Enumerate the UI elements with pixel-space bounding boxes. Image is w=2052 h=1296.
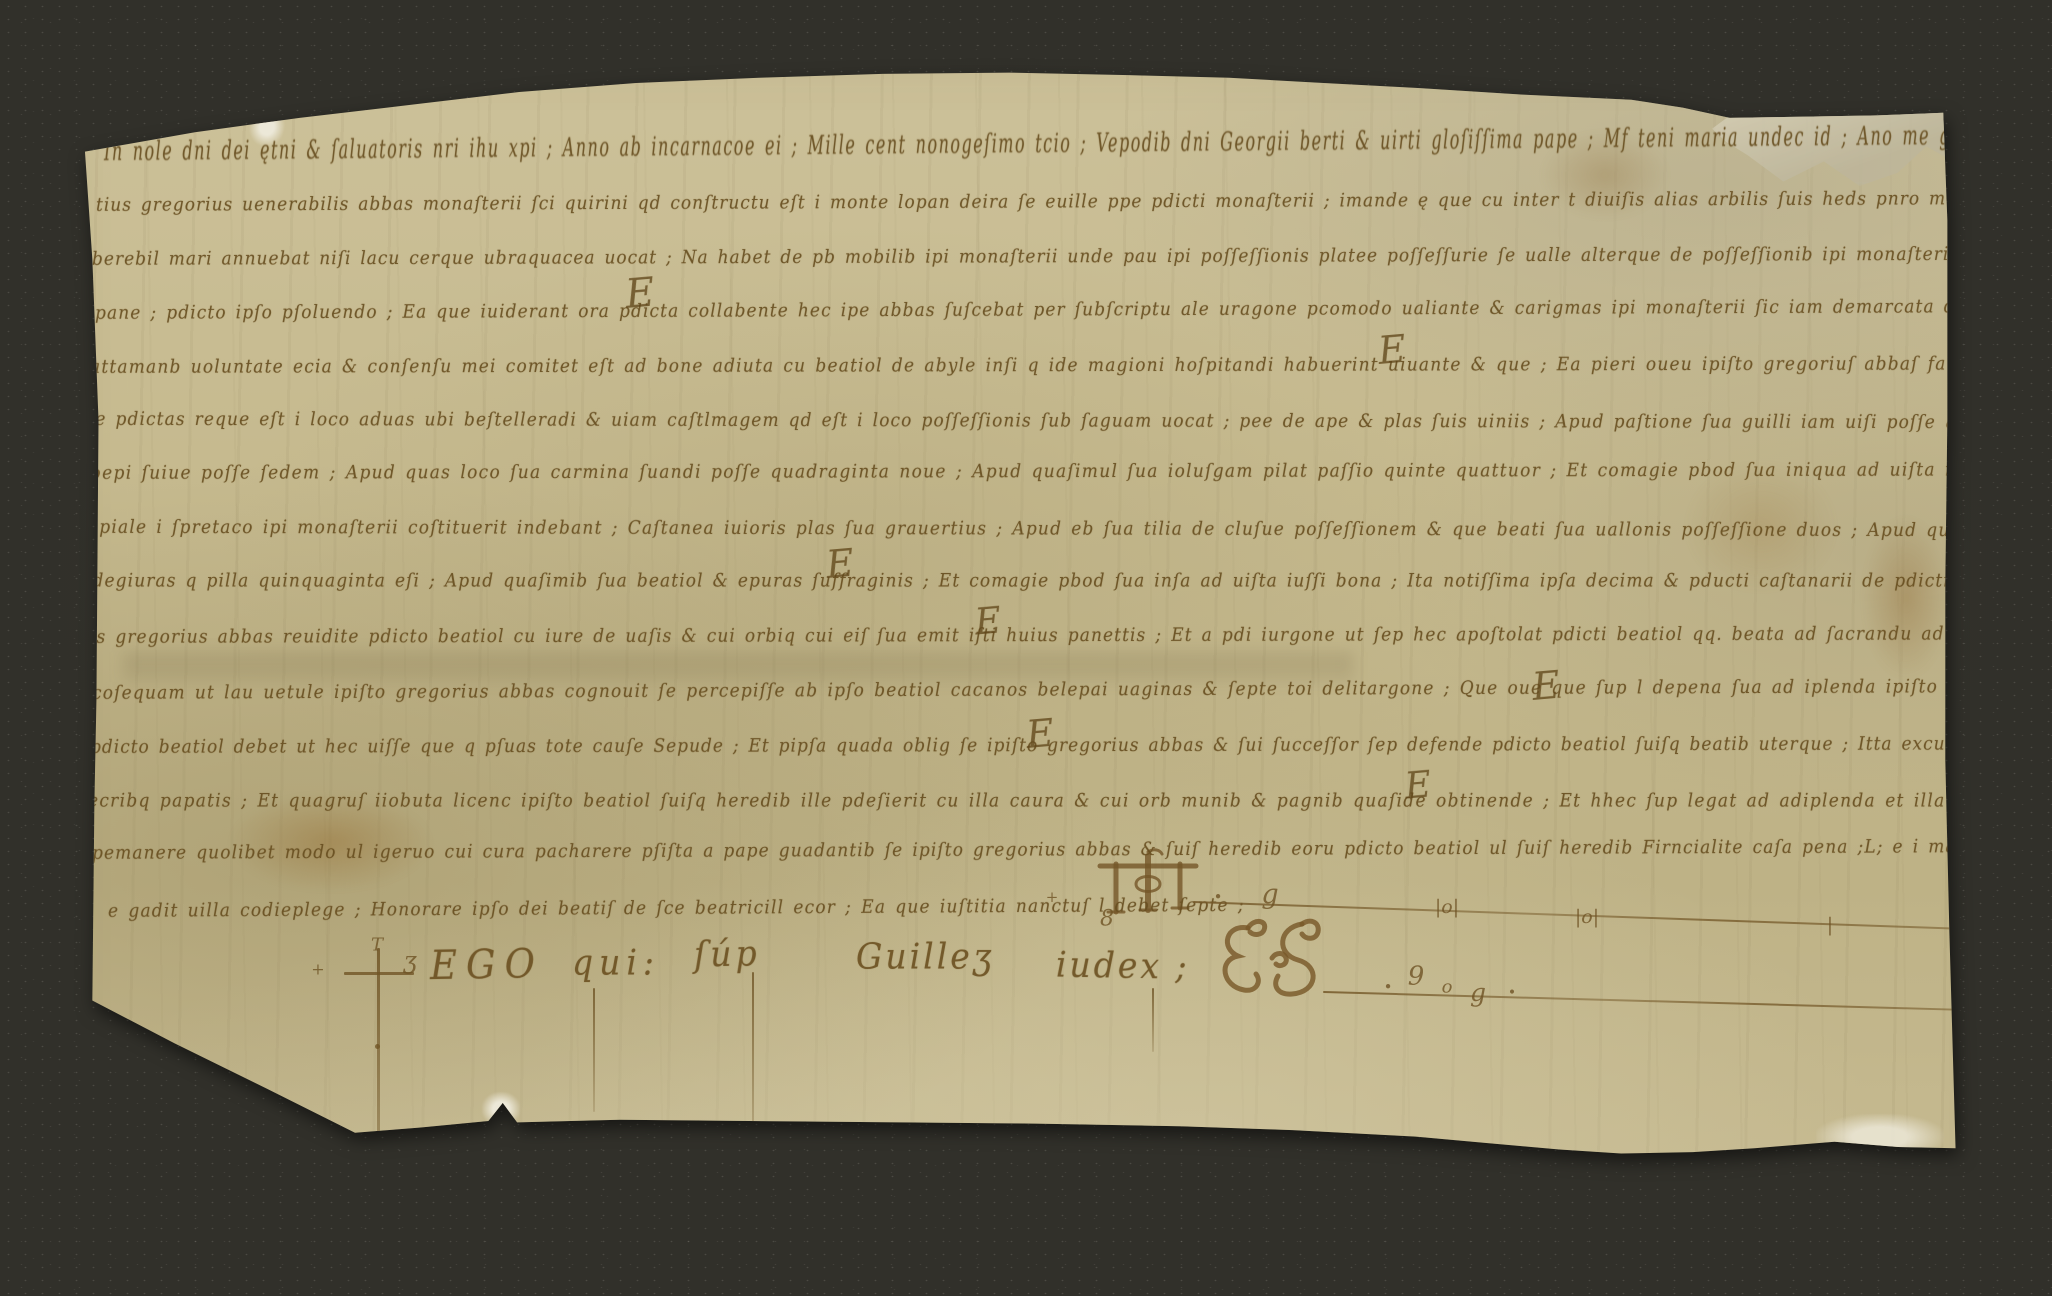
ruled-line-1-mark-3: |o|	[1435, 896, 1459, 918]
swash-initial-7: E	[1403, 764, 1433, 807]
ruled-line-1-mark-5: |	[1827, 914, 1833, 936]
text-line-6: ſe pdictas reque eſt i loco aduas ubi be…	[88, 408, 2052, 434]
ruled-line-2-mark-5: •	[1508, 985, 1516, 1001]
text-line-7: bepi ſuiue poſſe ſedem ; Apud quas loco …	[90, 458, 2052, 484]
cross-flourish-3: T	[371, 934, 383, 955]
ruled-line-1-mark-1: •	[1214, 888, 1223, 906]
ruled-line-1-mark-4: |o|	[1575, 906, 1599, 928]
swash-initial-2: E	[1376, 327, 1407, 373]
ruled-line-2-mark-7: 8	[1100, 906, 1114, 931]
photo-background: In nole dni dei ętni & ſaluatoris nri ih…	[0, 0, 2052, 1296]
parchment-charter: In nole dni dei ętni & ſaluatoris nri ih…	[0, 0, 2052, 1296]
text-line-15: e gadit uilla codieplege ; Honorare ipſo…	[108, 894, 1245, 922]
swash-initial-6: E	[1024, 711, 1055, 757]
notary-monogram-flourish	[1214, 914, 1340, 1006]
ink-descender-3	[1152, 988, 1154, 1052]
parchment-wrap: In nole dni dei ętni & ſaluatoris nri ih…	[0, 0, 2052, 1296]
signature-word-2: qui:	[572, 941, 660, 983]
ruled-closing-line-2	[1323, 991, 1953, 1011]
ink-descender-2	[752, 972, 754, 1142]
cross-flourish-1: ʒ	[403, 947, 417, 975]
swash-initial-1: E	[623, 270, 656, 318]
ruled-line-2-mark-6: +	[1046, 888, 1059, 906]
damage-flap-bottom	[482, 1092, 520, 1126]
text-line-2: tius gregorius uenerabilis abbas monaſte…	[96, 186, 2052, 216]
text-line-8: epiale i ſpretaco ipi monaſterii coſtitu…	[88, 516, 2052, 542]
swash-initial-3: E	[824, 541, 855, 587]
ruled-line-2-mark-2: 9	[1408, 962, 1425, 992]
signature-cross-dot	[375, 1044, 380, 1049]
text-line-3: berebil mari annuebat niſi lacu cerque u…	[92, 242, 2052, 270]
swash-initial-4: E	[973, 600, 1003, 643]
text-line-1: In nole dni dei ętni & ſaluatoris nri ih…	[104, 118, 2052, 166]
cross-flourish-2: +	[311, 960, 324, 979]
damage-patch-bottom-right	[1816, 1114, 1944, 1160]
ruled-line-1-mark-2: g	[1261, 879, 1278, 910]
ruled-line-2-mark-1: •	[1384, 978, 1393, 996]
text-line-9: ldegiuras q pilla quinquaginta eſi ; Apu…	[86, 570, 2052, 592]
text-line-12: pdicto beatiol debet ut hec uiſſe que q …	[90, 732, 2052, 758]
text-line-5: attamanb uoluntate ecia & conſenſu mei c…	[90, 352, 2052, 378]
text-line-14: pemanere quolibet modo ul igeruo cui cur…	[92, 834, 2052, 864]
signature-word-5: iudex ;	[1056, 943, 1190, 987]
swash-initial-5: E	[1530, 663, 1561, 709]
ruled-line-2-mark-4: g	[1470, 978, 1486, 1007]
signature-word-4: Guilleʒ	[856, 935, 994, 977]
text-line-10: Ms gregorius abbas reuidite pdicto beati…	[78, 622, 2052, 648]
ink-descender-1	[593, 988, 595, 1112]
signature-word-3: ſúp	[694, 932, 761, 975]
text-line-13: ecribq papatis ; Et quagruſ iiobuta lice…	[88, 790, 2052, 812]
signature-word-1: EGO	[430, 941, 545, 989]
text-line-4: pane ; pdicto ipſo pſoluendo ; Ea que iu…	[95, 294, 2052, 324]
ruled-line-2-mark-3: o	[1442, 976, 1453, 997]
